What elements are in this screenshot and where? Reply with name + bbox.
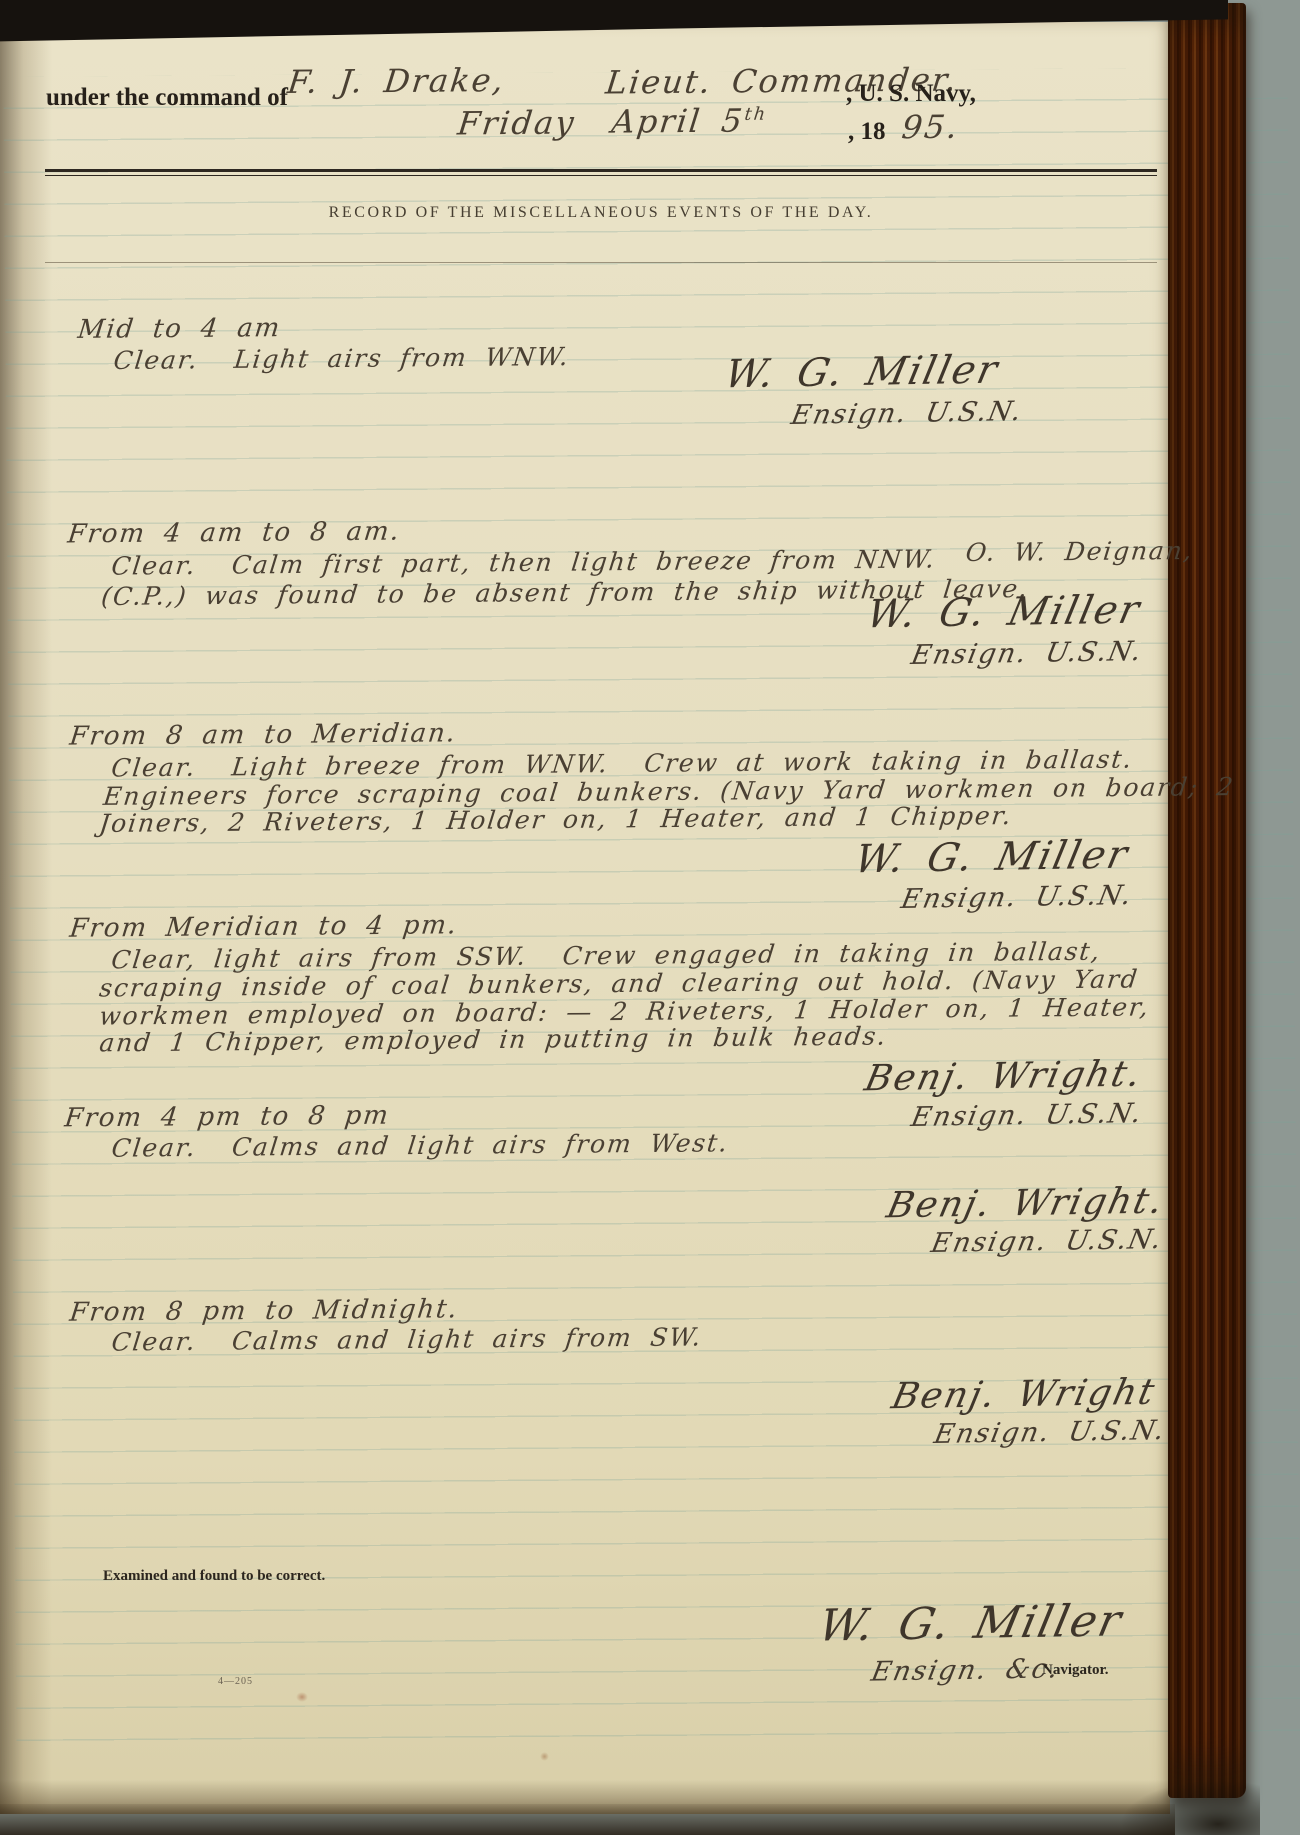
header-rule-thick (45, 169, 1157, 172)
watch-period-heading: From 4 pm to 8 pm (63, 1101, 391, 1134)
log-entry-line: Clear. Light airs from WNW. (112, 342, 571, 375)
date-weekday-script: Friday (456, 103, 578, 142)
signature-rank: Ensign. U.S.N. (899, 880, 1136, 915)
signature-rank: Ensign. U.S.N. (909, 636, 1146, 671)
log-entry-side-note: O. W. Deignan, (964, 536, 1195, 567)
form-number: 4—205 (218, 1676, 253, 1687)
header-rule-thin (45, 175, 1157, 176)
date-ordinal: th (743, 105, 768, 125)
watch-period-heading: From 4 am to 8 am. (66, 517, 402, 550)
printed-us-navy: , U. S. Navy, (846, 80, 976, 108)
book-fore-edge (1168, 3, 1246, 1798)
signature-rank: Ensign. U.S.N. (789, 396, 1026, 431)
signature-rank: Ensign. U.S.N. (932, 1415, 1169, 1450)
signature: W. G. Miller (851, 833, 1133, 883)
printed-navigator-label: Navigator. (1042, 1662, 1109, 1679)
date-month-day: April 5 (610, 102, 746, 141)
signature-rank: Ensign. &c. (869, 1653, 1063, 1687)
examined-statement: Examined and found to be correct. (103, 1568, 325, 1585)
watch-period-heading: Mid to 4 am (76, 313, 283, 345)
signature: W. G. Miller (721, 348, 1003, 398)
printed-command-prefix: under the command of (46, 84, 288, 112)
log-entry-line: Clear. Calms and light airs from West. (110, 1128, 730, 1162)
signature: Benj. Wright. (883, 1181, 1168, 1227)
commander-name-script: F. J. Drake, (286, 61, 507, 101)
signature-rank: Ensign. U.S.N. (929, 1224, 1166, 1259)
logbook-photo: under the command of F. J. Drake, Lieut.… (0, 0, 1300, 1835)
watch-period-heading: From 8 am to Meridian. (68, 718, 458, 751)
printed-year-prefix: , 18 (848, 118, 886, 146)
watch-period-heading: From Meridian to 4 pm. (68, 910, 459, 943)
signature: W. G. Miller (863, 588, 1145, 638)
date-script: April 5th (610, 101, 769, 140)
signature: Benj. Wright. (861, 1054, 1146, 1100)
signature: W. G. Miller (814, 1595, 1127, 1651)
year-script: 95. (900, 108, 961, 146)
signature-rank: Ensign. U.S.N. (909, 1098, 1146, 1133)
signature: Benj. Wright (888, 1372, 1160, 1418)
section-rule (45, 262, 1157, 263)
section-title: RECORD OF THE MISCELLANEOUS EVENTS OF TH… (45, 204, 1157, 222)
watch-period-heading: From 8 pm to Midnight. (68, 1294, 460, 1327)
log-entry-line: Clear. Calms and light airs from SW. (110, 1322, 704, 1356)
